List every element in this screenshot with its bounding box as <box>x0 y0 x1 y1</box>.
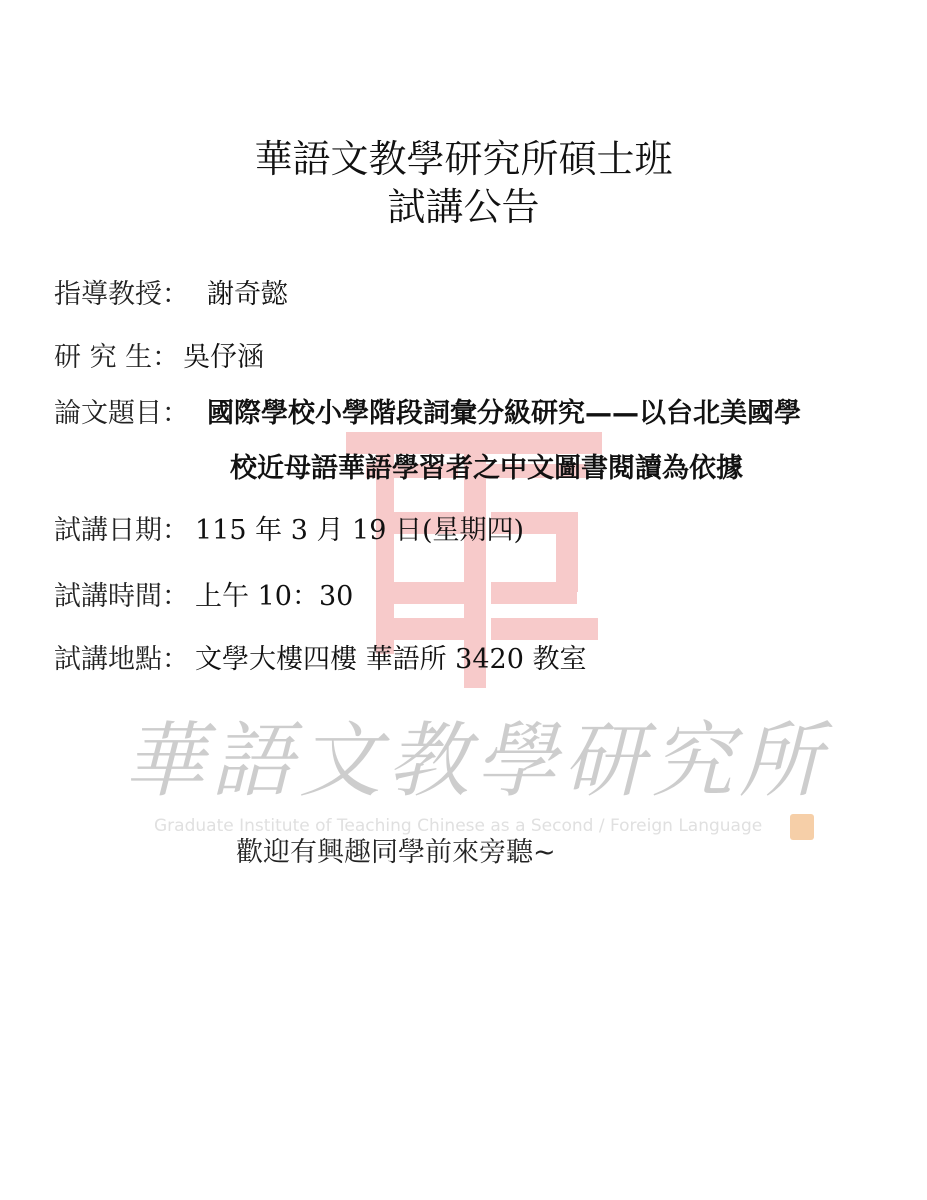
date-label: 試講日期： <box>54 514 189 548</box>
page-title: 華語文教學研究所碩士班 <box>0 136 927 182</box>
thesis-title-value-line1: 國際學校小學階段詞彙分級研究——以台北美國學 <box>207 397 801 431</box>
advisor-label: 指導教授： <box>54 278 189 312</box>
time-row: 試講時間：上午 10：30 <box>54 580 353 614</box>
location-label: 試講地點： <box>54 643 189 677</box>
institute-name-watermark: 華語文教學研究所 <box>100 712 850 812</box>
time-value: 上午 10：30 <box>195 580 353 614</box>
thesis-title-label: 論文題目： <box>54 397 189 431</box>
student-row: 研 究 生：吳伃涵 <box>54 341 264 375</box>
thesis-title-row-cont: 校近母語華語學習者之中文圖書閱讀為依據 <box>230 452 743 486</box>
page-subtitle: 試講公告 <box>0 184 927 230</box>
thesis-title-row: 論文題目：國際學校小學階段詞彙分級研究——以台北美國學 <box>54 397 801 431</box>
seal-icon <box>790 814 814 840</box>
institute-english-name: Graduate Institute of Teaching Chinese a… <box>154 816 762 836</box>
advisor-value: 謝奇懿 <box>207 278 288 312</box>
advisor-row: 指導教授：謝奇懿 <box>54 278 288 312</box>
student-label: 研 究 生： <box>54 341 179 375</box>
thesis-title-value-line2: 校近母語華語學習者之中文圖書閱讀為依據 <box>230 452 743 486</box>
date-value: 115 年 3 月 19 日(星期四) <box>195 514 524 548</box>
location-value: 文學大樓四樓 華語所 3420 教室 <box>195 643 586 677</box>
date-row: 試講日期：115 年 3 月 19 日(星期四) <box>54 514 524 548</box>
time-label: 試講時間： <box>54 580 189 614</box>
student-value: 吳伃涵 <box>183 341 264 375</box>
welcome-message: 歡迎有興趣同學前來旁聽~ <box>236 836 556 870</box>
location-row: 試講地點：文學大樓四樓 華語所 3420 教室 <box>54 643 586 677</box>
